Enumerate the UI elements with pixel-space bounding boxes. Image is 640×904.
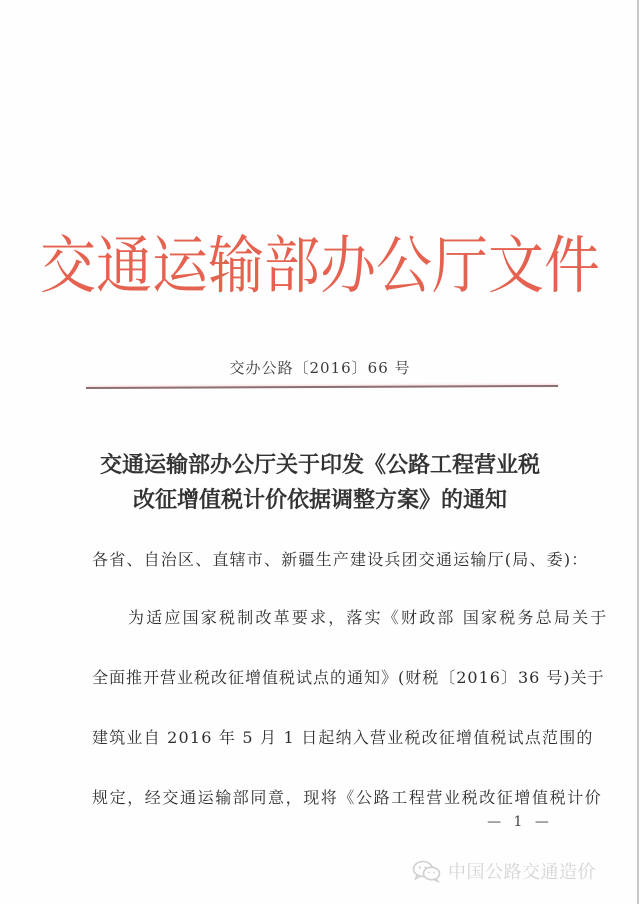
- body-line-4: 规定，经交通运输部同意，现将《公路工程营业税改征增值税计价: [92, 787, 562, 809]
- document-page: 交通运输部办公厅文件 交办公路〔2016〕66 号 交通运输部办公厅关于印发《公…: [0, 0, 639, 904]
- watermark: 中国公路交通造价: [412, 858, 596, 884]
- wechat-icon: [412, 859, 442, 883]
- body-line-3: 建筑业自 2016 年 5 月 1 日起纳入营业税改征增值税试点范围的: [92, 727, 562, 749]
- page-number: — 1 —: [480, 814, 560, 830]
- masthead-title: 交通运输部办公厅文件: [0, 222, 640, 312]
- notice-title: 交通运输部办公厅关于印发《公路工程营业税 改征增值税计价依据调整方案》的通知: [0, 450, 640, 515]
- addressee-line: 各省、自治区、直辖市、新疆生产建设兵团交通运输厅(局、委)：: [92, 549, 562, 571]
- body-line-1: 为适应国家税制改革要求，落实《财政部 国家税务总局关于: [128, 607, 562, 629]
- notice-title-line-1: 交通运输部办公厅关于印发《公路工程营业税: [0, 450, 640, 480]
- document-number: 交办公路〔2016〕66 号: [0, 358, 640, 378]
- notice-title-line-2: 改征增值税计价依据调整方案》的通知: [0, 485, 640, 515]
- masthead-divider: [86, 385, 558, 389]
- body-line-2: 全面推开营业税改征增值税试点的通知》(财税〔2016〕36 号)关于: [92, 667, 562, 689]
- watermark-text: 中国公路交通造价: [448, 858, 596, 884]
